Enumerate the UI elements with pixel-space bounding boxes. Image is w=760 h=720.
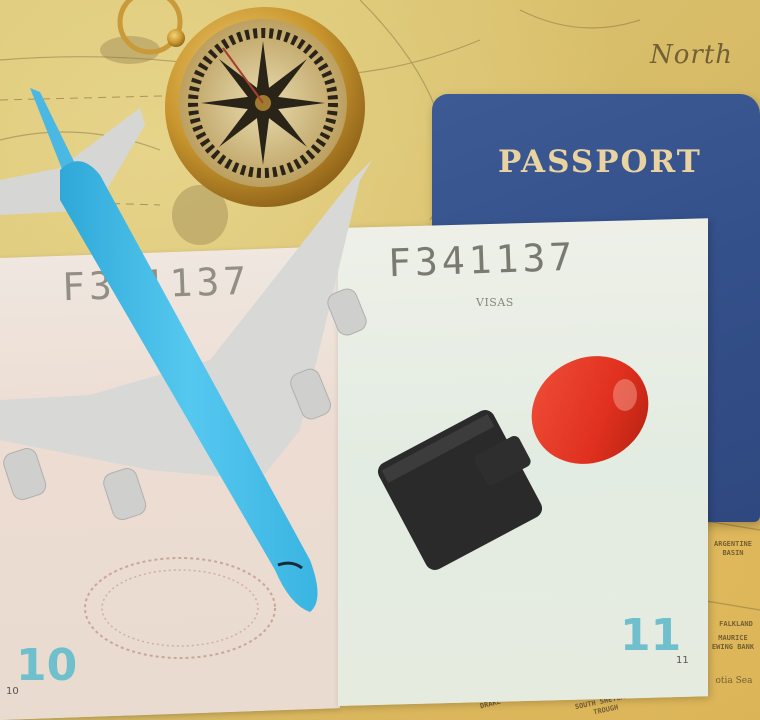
photo-scene: North Atlant: [0, 0, 760, 720]
toy-airplane: [0, 0, 760, 720]
